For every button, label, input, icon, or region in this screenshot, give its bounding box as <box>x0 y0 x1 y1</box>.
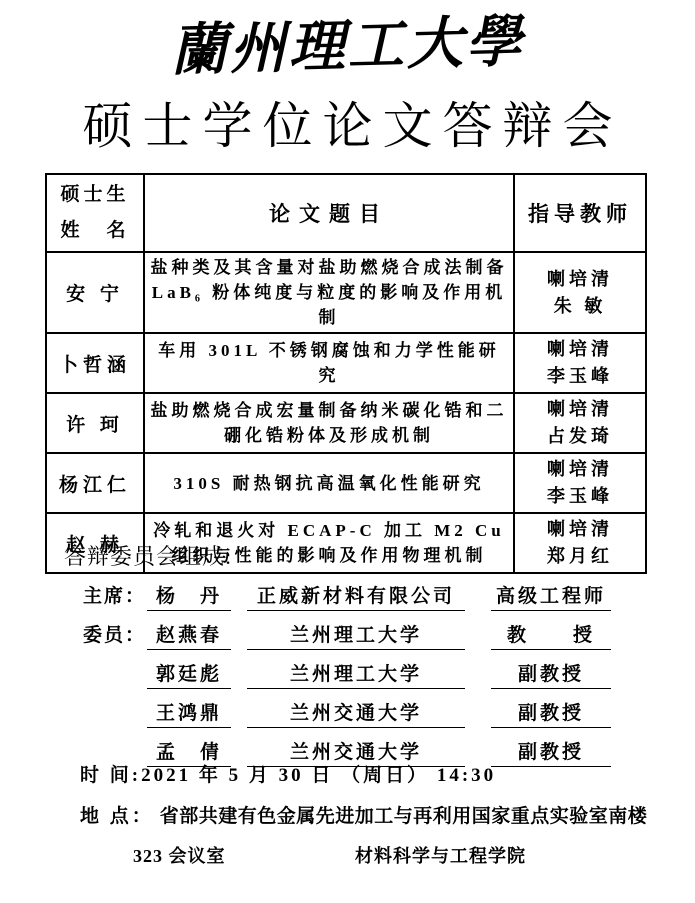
student-name: 卜哲涵 <box>46 333 144 393</box>
advisor-2: 郑月红 <box>520 543 640 570</box>
thesis-title: 盐种类及其含量对盐助燃烧合成法制备 LaB₆ 粉体纯度与粒度的影响及作用机制 <box>144 252 514 333</box>
member-affiliation: 正威新材料有限公司 <box>247 581 465 611</box>
header-student-name: 硕士生 姓 名 <box>46 174 144 252</box>
member-name: 郭廷彪 <box>147 659 231 689</box>
time-label: 时 间: <box>80 765 141 786</box>
header-student-line1: 硕士生 <box>52 177 138 213</box>
member-name: 杨 丹 <box>147 581 231 611</box>
committee-member-row: 王鸿鼎 兰州交通大学 副教授 <box>83 698 611 737</box>
thesis-title: 车用 301L 不锈钢腐蚀和力学性能研究 <box>144 333 514 393</box>
committee-list: 主席： 杨 丹 正威新材料有限公司 高级工程师 委员： 赵燕春 兰州理工大学 教… <box>83 581 611 776</box>
member-name: 王鸿鼎 <box>147 698 231 728</box>
advisor-2: 占发琦 <box>520 423 640 450</box>
advisor-2: 朱 敏 <box>520 293 640 320</box>
department-name: 材料科学与工程学院 <box>355 842 526 868</box>
advisors: 喇培清 朱 敏 <box>514 252 646 333</box>
committee-heading: 答辩委员会组成: <box>64 540 232 571</box>
committee-member-row: 郭廷彪 兰州理工大学 副教授 <box>83 659 611 698</box>
header-advisor: 指导教师 <box>514 174 646 252</box>
defense-schedule-table: 硕士生 姓 名 论文题目 指导教师 安 宁 盐种类及其含量对盐助燃烧合成法制备 … <box>45 173 647 574</box>
member-role: 委员： <box>83 620 147 647</box>
table-row: 许 珂 盐助燃烧合成宏量制备纳米碳化锆和二硼化锆粉体及形成机制 喇培清 占发琦 <box>46 393 646 453</box>
member-title: 副教授 <box>491 737 611 767</box>
header-student-line2: 姓 名 <box>52 213 138 249</box>
member-affiliation: 兰州理工大学 <box>247 659 465 689</box>
student-name: 许 珂 <box>46 393 144 453</box>
advisor-2: 李玉峰 <box>520 363 640 390</box>
header-thesis-title: 论文题目 <box>144 174 514 252</box>
table-row: 安 宁 盐种类及其含量对盐助燃烧合成法制备 LaB₆ 粉体纯度与粒度的影响及作用… <box>46 252 646 333</box>
time-value: 2021 年 5 月 30 日 （周日） 14:30 <box>141 765 496 786</box>
member-name: 赵燕春 <box>147 620 231 650</box>
defense-notice-document: 蘭州理工大學 硕士学位论文答辩会 硕士生 姓 名 论文题目 指导教师 安 宁 盐… <box>0 0 695 903</box>
member-title: 教 授 <box>491 620 611 650</box>
table-header-row: 硕士生 姓 名 论文题目 指导教师 <box>46 174 646 252</box>
advisor-2: 李玉峰 <box>520 483 640 510</box>
university-logo-calligraphy: 蘭州理工大學 <box>0 0 695 91</box>
committee-member-row: 委员： 赵燕春 兰州理工大学 教 授 <box>83 620 611 659</box>
advisors: 喇培清 郑月红 <box>514 513 646 573</box>
advisors: 喇培清 李玉峰 <box>514 333 646 393</box>
table-row: 卜哲涵 车用 301L 不锈钢腐蚀和力学性能研究 喇培清 李玉峰 <box>46 333 646 393</box>
member-affiliation: 兰州理工大学 <box>247 620 465 650</box>
meeting-room: 323 会议室 <box>133 842 226 868</box>
time-line: 时 间:2021 年 5 月 30 日 （周日） 14:30 <box>80 760 496 787</box>
student-name: 杨江仁 <box>46 453 144 513</box>
member-title: 副教授 <box>491 698 611 728</box>
member-title: 副教授 <box>491 659 611 689</box>
location-label: 地 点： <box>80 806 154 827</box>
location-line: 地 点：省部共建有色金属先进加工与再利用国家重点实验室南楼 <box>80 801 647 828</box>
member-title: 高级工程师 <box>491 581 611 611</box>
table-row: 杨江仁 310S 耐热钢抗高温氧化性能研究 喇培清 李玉峰 <box>46 453 646 513</box>
page-title: 硕士学位论文答辩会 <box>0 86 695 158</box>
thesis-title: 310S 耐热钢抗高温氧化性能研究 <box>144 453 514 513</box>
advisor-1: 喇培清 <box>520 336 640 363</box>
advisors: 喇培清 李玉峰 <box>514 453 646 513</box>
advisor-1: 喇培清 <box>520 266 640 293</box>
student-name: 安 宁 <box>46 252 144 333</box>
advisor-1: 喇培清 <box>520 396 640 423</box>
member-affiliation: 兰州交通大学 <box>247 698 465 728</box>
committee-member-row: 主席： 杨 丹 正威新材料有限公司 高级工程师 <box>83 581 611 620</box>
advisor-1: 喇培清 <box>520 456 640 483</box>
thesis-title: 盐助燃烧合成宏量制备纳米碳化锆和二硼化锆粉体及形成机制 <box>144 393 514 453</box>
location-value: 省部共建有色金属先进加工与再利用国家重点实验室南楼 <box>160 806 648 827</box>
advisor-1: 喇培清 <box>520 516 640 543</box>
advisors: 喇培清 占发琦 <box>514 393 646 453</box>
member-role: 主席： <box>83 581 147 608</box>
